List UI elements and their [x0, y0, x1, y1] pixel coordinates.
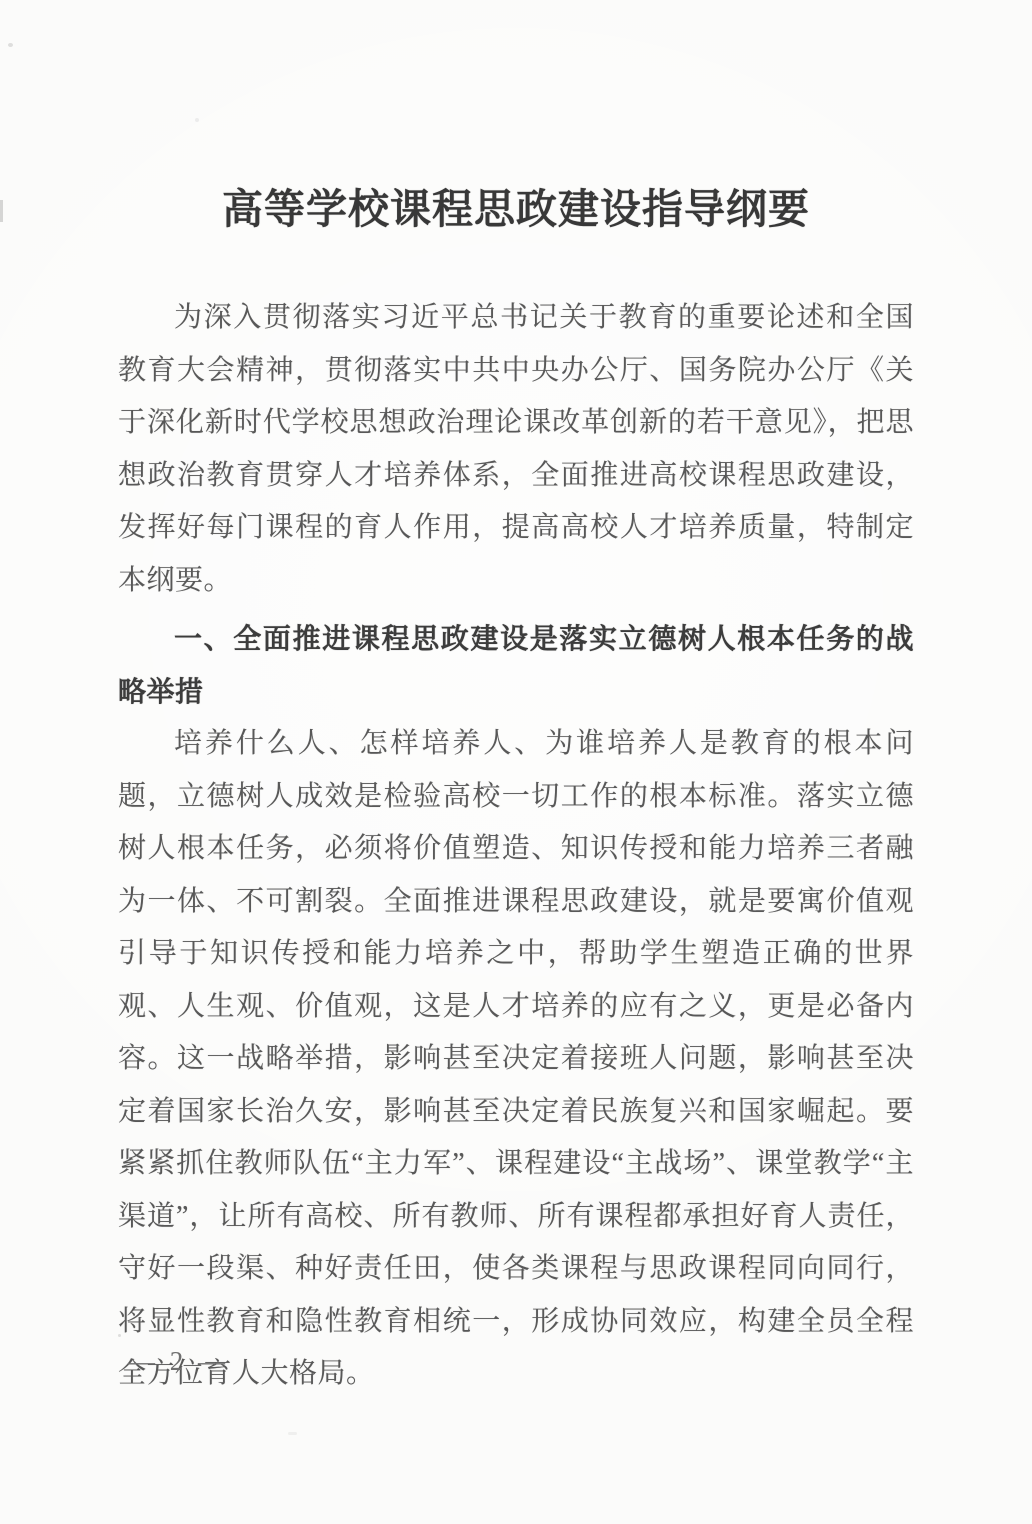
- document-body: 为深入贯彻落实习近平总书记关于教育的重要论述和全国教育大会精神，贯彻落实中共中央…: [118, 292, 914, 1401]
- scan-speck: [288, 1432, 297, 1435]
- scan-speck: [8, 43, 13, 47]
- document-title: 高等学校课程思政建设指导纲要: [0, 176, 1032, 235]
- scanned-document-page: 高等学校课程思政建设指导纲要 为深入贯彻落实习近平总书记关于教育的重要论述和全国…: [0, 0, 1032, 1524]
- page-number: — 2 —: [128, 1346, 229, 1377]
- section-1-heading: 一、全面推进课程思政建设是落实立德树人根本任务的战略举措: [118, 613, 914, 718]
- paragraph-section-1: 培养什么人、怎样培养人、为谁培养人是教育的根本问题，立德树人成效是检验高校一切工…: [118, 718, 914, 1401]
- paragraph-intro: 为深入贯彻落实习近平总书记关于教育的重要论述和全国教育大会精神，贯彻落实中共中央…: [118, 292, 914, 607]
- scan-speck: [195, 118, 199, 122]
